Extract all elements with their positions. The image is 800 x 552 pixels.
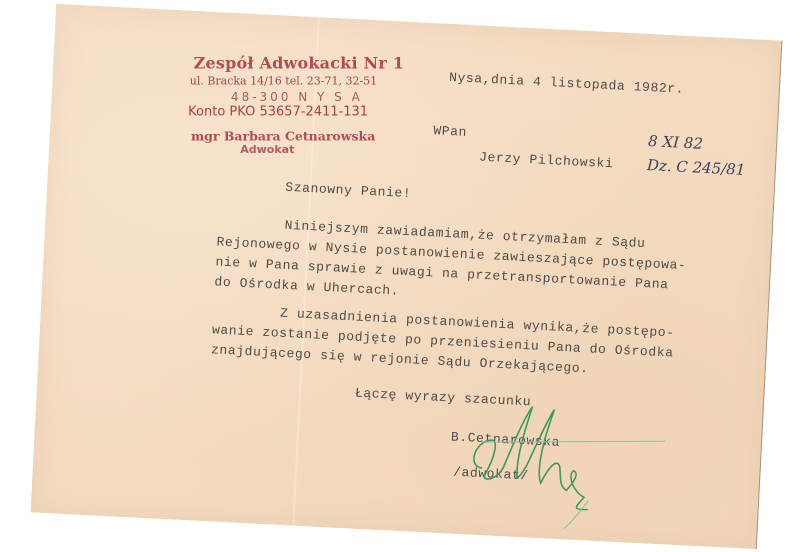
recipient-prefix: WPan [433,123,467,140]
stamp-role: Adwokat [240,142,294,155]
greeting: Szanowny Panie! [284,179,411,200]
stamp-city: 48-300 N Y S A [230,90,362,104]
stamp-name: mgr Barbara Cetnarowska [190,128,374,143]
place-date: Nysa,dnia 4 listopada 1982r. [448,69,684,96]
stamp-address: ul. Bracka 14/16 tel. 23-71, 32-51 [189,74,376,87]
stamp-title: Zespół Adwokacki Nr 1 [193,53,403,72]
paper-edge [755,40,782,548]
letter-paper: Zespół Adwokacki Nr 1 ul. Bracka 14/16 t… [30,3,782,548]
handwritten-date: 8 XI 82 [647,132,703,153]
handwritten-signature-icon [460,395,666,535]
recipient-name: Jerzy Pilchowski [478,149,613,171]
handwritten-case-number: Dz. C 245/81 [646,156,745,179]
stamp-account: Konto PKO 53657-2411-131 [188,104,368,119]
